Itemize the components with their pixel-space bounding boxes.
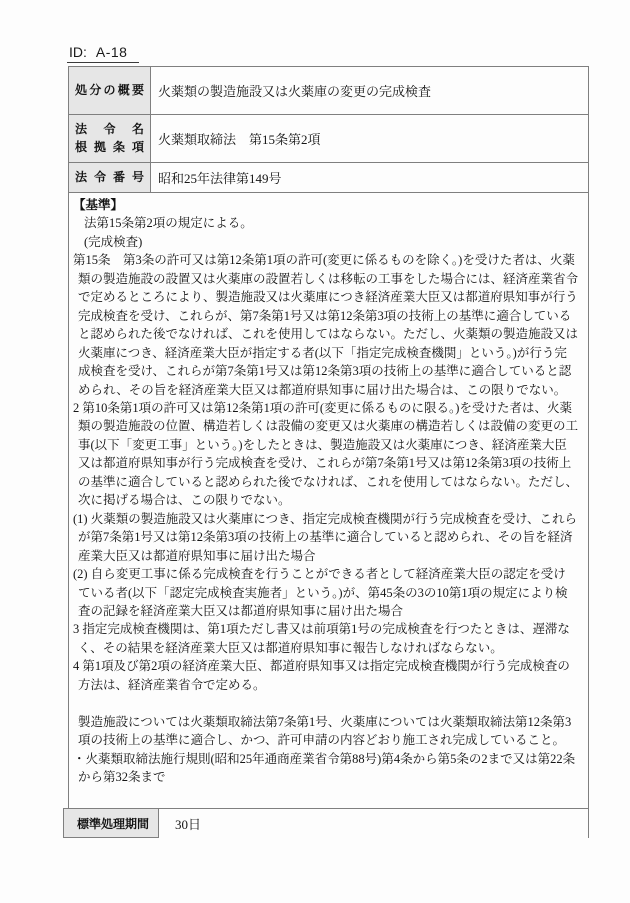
row-label-cell: 処分の概要 — [69, 67, 151, 114]
kijun-line: 方法は、経済産業省令で定める。 — [73, 676, 584, 694]
kijun-line: と認められた後でなければ、これを使用してはならない。ただし、火薬類の製造施設又は — [73, 325, 584, 343]
kijun-line: で定めるところにより、製造施設又は火薬庫につき経済産業大臣又は都道府県知事が行う — [73, 288, 584, 306]
row-label: 法令番号 — [75, 171, 144, 184]
kijun-line: 査の記録を経済産業大臣又は都道府県知事に届け出た場合 — [73, 602, 584, 620]
info-table: 処分の概要 火薬類の製造施設又は火薬庫の変更の完成検査 法令名根拠条項 火薬類取… — [68, 66, 589, 809]
kijun-line: 第15条 第3条の許可又は第12条第1項の許可(変更に係るものを除く。)を受けた… — [73, 251, 584, 269]
kijun-line: 成検査を受け、これらが第7条第1号又は第12条第3項の技術上の基準に適合している… — [73, 362, 584, 380]
row-label: 処分の概要 — [75, 84, 144, 97]
kijun-line: 事(以下「変更工事」という。)をしたときは、製造施設又は火薬庫につき、経済産業大… — [73, 436, 584, 454]
kijun-line: 3 指定完成検査機関は、第1項ただし書又は前項第1号の完成検査を行つたときは、遅… — [73, 620, 584, 638]
standard-processing-period-row: 標準処理期間 30日 — [63, 808, 589, 838]
document-id-value: A-18 — [96, 44, 128, 60]
kijun-line: く、その結果を経済産業大臣又は都道府県知事に報告しなければならない。 — [73, 639, 584, 657]
kijun-line: (1) 火薬類の製造施設又は火薬庫につき、指定完成検査機関が行う完成検査を受け、… — [73, 510, 584, 528]
table-row: 処分の概要 火薬類の製造施設又は火薬庫の変更の完成検査 — [69, 67, 588, 115]
row-value: 火薬類取締法 第15条第2項 — [151, 115, 588, 162]
footer-row-label-cell: 標準処理期間 — [63, 809, 159, 838]
row-label-cell: 法令名根拠条項 — [69, 115, 151, 162]
kijun-line: 産業大臣又は都道府県知事に届け出た場合 — [73, 547, 584, 565]
kijun-line: 類の製造施設の設置又は火薬庫の設置若しくは移転の工事をした場合には、経済産業省令 — [73, 270, 584, 288]
kijun-heading: 【基準】 — [73, 196, 584, 214]
footer-row-label: 標準処理期間 — [77, 815, 149, 832]
row-label: 根拠条項 — [75, 141, 144, 154]
kijun-line: 次に掲げる場合は、この限りでない。 — [73, 491, 584, 509]
kijun-lines: 法第15条第2項の規定による。(完成検査)第15条 第3条の許可又は第12条第1… — [73, 214, 584, 786]
table-row: 法令番号 昭和25年法律第149号 — [69, 163, 588, 193]
kijun-line: から第32条まで — [73, 768, 584, 786]
kijun-line: 項の技術上の基準に適合し、かつ、許可申請の内容どおり施工され完成していること。 — [73, 731, 584, 749]
kijun-line: 2 第10条第1項の許可又は第12条第1項の許可(変更に係るものに限る。)を受け… — [73, 399, 584, 417]
document-id: ID:A-18 — [67, 44, 139, 63]
footer-row-value: 30日 — [159, 809, 588, 838]
kijun-line: が第7条第1号又は第12条第3項の技術上の基準に適合していると認められ、その旨を… — [73, 528, 584, 546]
row-label: 法令名 — [75, 123, 144, 136]
row-value: 昭和25年法律第149号 — [151, 163, 588, 192]
kijun-line: の基準に適合していると認められた後でなければ、これを使用してはならない。ただし、 — [73, 473, 584, 491]
kijun-line: 又は都道府県知事が行う完成検査を受け、これらが第7条第1号又は第12条第3項の技… — [73, 454, 584, 472]
kijun-line: 法第15条第2項の規定による。 — [73, 214, 584, 232]
document-id-label: ID: — [69, 44, 87, 60]
kijun-line: 類の製造施設の位置、構造若しくは設備の変更又は火薬庫の構造若しくは設備の変更の工 — [73, 417, 584, 435]
row-label-cell: 法令番号 — [69, 163, 151, 192]
kijun-line: (完成検査) — [73, 233, 584, 251]
kijun-section: 【基準】 法第15条第2項の規定による。(完成検査)第15条 第3条の許可又は第… — [69, 193, 588, 809]
kijun-line: (2) 自ら変更工事に係る完成検査を行うことができる者として経済産業大臣の認定を… — [73, 565, 584, 583]
row-value: 火薬類の製造施設又は火薬庫の変更の完成検査 — [151, 67, 588, 114]
info-table-rows: 処分の概要 火薬類の製造施設又は火薬庫の変更の完成検査 法令名根拠条項 火薬類取… — [69, 67, 588, 193]
kijun-line: 4 第1項及び第2項の経済産業大臣、都道府県知事又は指定完成検査機関が行う完成検… — [73, 657, 584, 675]
kijun-line: 完成検査を受け、これらが、第7条第1号又は第12条第3項の技術上の基準に適合して… — [73, 307, 584, 325]
kijun-line: 火薬庫につき、経済産業大臣が指定する者(以下「指定完成検査機関」という。)が行う… — [73, 344, 584, 362]
kijun-line: められ、その旨を経済産業大臣又は都道府県知事に届け出た場合は、この限りでない。 — [73, 381, 584, 399]
kijun-blank-line — [73, 694, 584, 712]
document-page: ID:A-18 処分の概要 火薬類の製造施設又は火薬庫の変更の完成検査 法令名根… — [0, 0, 630, 903]
kijun-line: 製造施設については火薬類取締法第7条第1号、火薬庫については火薬類取締法第12条… — [73, 713, 584, 731]
kijun-line: ている者(以下「認定完成検査実施者」という。)が、第45条の3の10第1項の規定… — [73, 584, 584, 602]
table-row: 法令名根拠条項 火薬類取締法 第15条第2項 — [69, 115, 588, 163]
kijun-line: ・火薬類取締法施行規則(昭和25年通商産業省令第88号)第4条から第5条の2まで… — [73, 750, 584, 768]
